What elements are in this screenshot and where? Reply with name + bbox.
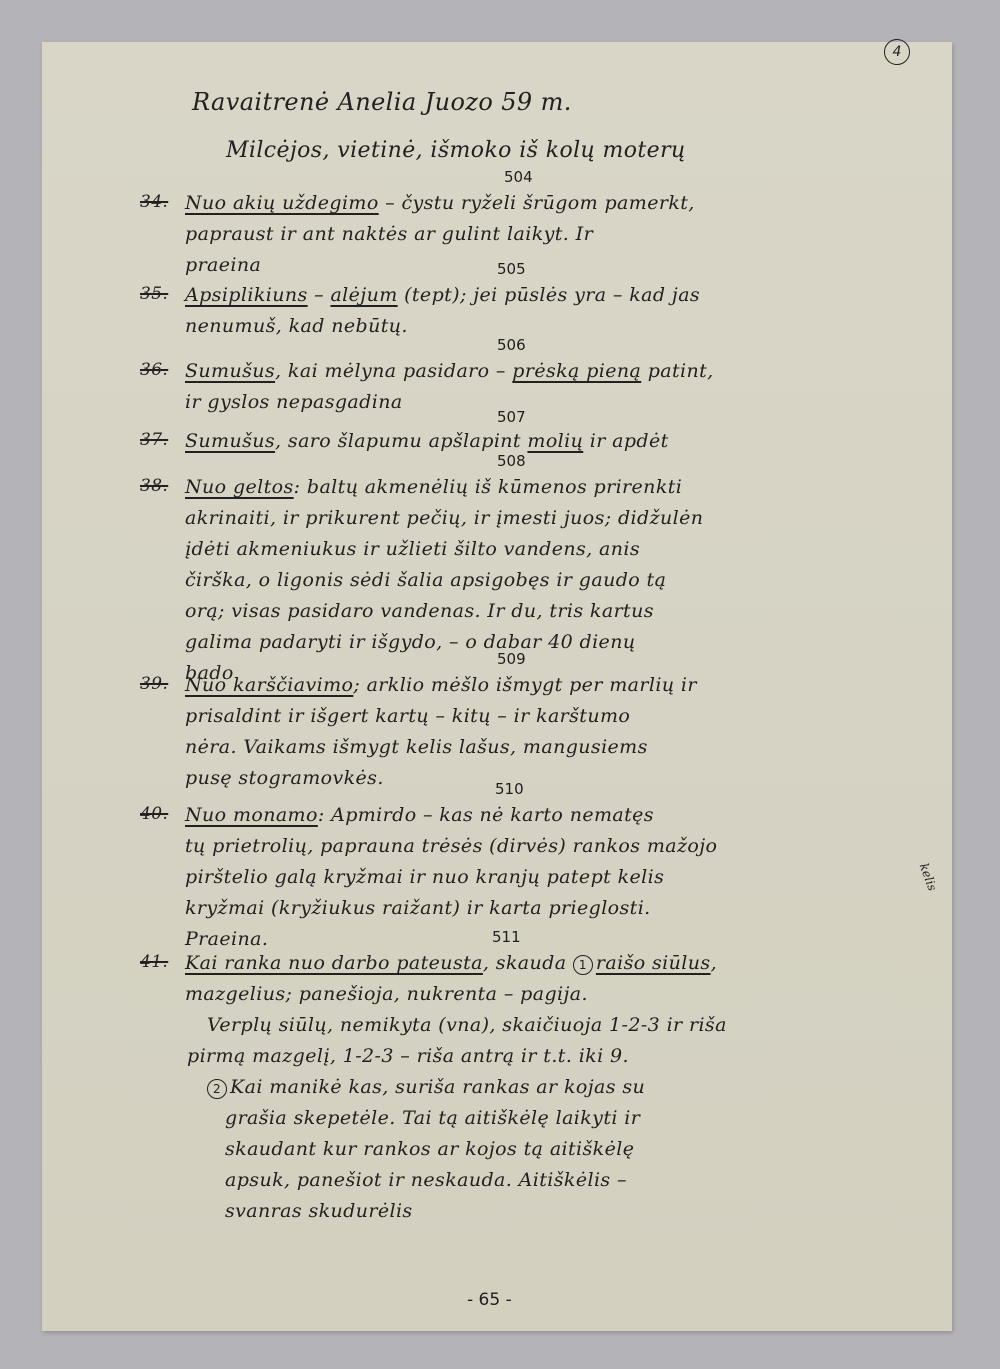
entry-line: Nuo akių uždegimo – čystu ryželi šrūgom … (185, 192, 695, 214)
entry-line: čirška, o ligonis sėdi šalia apsigobęs i… (185, 569, 666, 591)
catalog-number: 510 (495, 780, 524, 798)
entry-line: pusę stogramovkės. (185, 767, 384, 789)
entry-line: Nuo monamo: Apmirdo – kas nė karto nemat… (185, 804, 654, 826)
entry-line: grašia skepetėle. Tai tą aitiškėlę laiky… (225, 1107, 640, 1129)
entry-line: skaudant kur rankos ar kojos tą aitiškėl… (225, 1138, 634, 1160)
entry-line: ir gyslos nepasgadina (185, 391, 403, 413)
entry-line: Praeina. (185, 928, 268, 950)
catalog-number: 507 (497, 408, 526, 426)
underlined-term: Sumušus (185, 430, 275, 452)
entry-index: 37. (140, 430, 168, 450)
entry-line: nėra. Vaikams išmygt kelis lašus, mangus… (185, 736, 648, 758)
catalog-number: 511 (492, 928, 521, 946)
circled-number: 2 (207, 1079, 227, 1099)
circled-number: 1 (573, 955, 593, 975)
entry-line: apsuk, panešiot ir neskauda. Aitiškėlis … (225, 1169, 627, 1191)
catalog-number: 509 (497, 650, 526, 668)
entry-index: 39. (140, 674, 168, 694)
entry-line: Sumušus, saro šlapumu apšlapint molių ir… (185, 430, 669, 452)
underlined-term: Nuo geltos (185, 476, 294, 498)
sheet-number-circle: 4 (884, 39, 910, 65)
underlined-term: molių (527, 430, 583, 452)
entry-line: Nuo geltos: baltų akmenėlių iš kūmenos p… (185, 476, 682, 498)
underlined-term: alėjum (330, 284, 397, 306)
entry-line: Verplų siūlų, nemikyta (vna), skaičiuoja… (207, 1014, 727, 1036)
source-note: Milcėjos, vietinė, išmoko iš kolų moterų (226, 138, 686, 163)
catalog-number: 504 (504, 168, 533, 186)
entry-line: Apsiplikiuns – alėjum (tept); jei pūslės… (185, 284, 700, 306)
entry-line: įdėti akmeniukus ir užlieti šilto vanden… (185, 538, 640, 560)
underlined-term: raišo siūlus (596, 952, 711, 974)
entry-index: 35. (140, 284, 168, 304)
entry-line: Nuo karščiavimo; arklio mėšlo išmygt per… (185, 674, 697, 696)
entry-line: praeina (185, 254, 261, 276)
underlined-term: prėską pieną (512, 360, 641, 382)
underlined-term: Kai ranka nuo darbo pateusta (185, 952, 483, 974)
entry-line: Kai ranka nuo darbo pateusta, skauda 1ra… (185, 952, 717, 975)
catalog-number: 505 (497, 260, 526, 278)
underlined-term: Nuo akių uždegimo (185, 192, 379, 214)
entry-line: prisaldint ir išgert kartų – kitų – ir k… (185, 705, 630, 727)
entry-line: kryžmai (kryžiukus raižant) ir karta pri… (185, 897, 651, 919)
entry-line: akrinaiti, ir prikurent pečių, ir įmesti… (185, 507, 703, 529)
underlined-term: Apsiplikiuns (185, 284, 308, 306)
entry-line: 2Kai manikė kas, suriša rankas ar kojas … (207, 1076, 645, 1099)
catalog-number: 508 (497, 452, 526, 470)
entry-line: Sumušus, kai mėlyna pasidaro – prėską pi… (185, 360, 714, 382)
entry-line: pirštelio galą kryžmai ir nuo kranjų pat… (185, 866, 664, 888)
entry-index: 40. (140, 804, 168, 824)
entry-index: 34. (140, 192, 168, 212)
underlined-term: Nuo karščiavimo (185, 674, 353, 696)
entry-line: papraust ir ant naktės ar gulint laikyt.… (185, 223, 593, 245)
informant-heading: Ravaitrenė Anelia Juozo 59 m. (192, 88, 572, 116)
underlined-term: Nuo monamo (185, 804, 318, 826)
entry-line: nenumuš, kad nebūtų. (185, 315, 408, 337)
entry-index: 36. (140, 360, 168, 380)
entry-line: pirmą mazgelį, 1-2-3 – riša antrą ir t.t… (187, 1045, 629, 1067)
entry-index: 38. (140, 476, 168, 496)
margin-note: kelis (917, 861, 940, 892)
entry-line: svanras skudurėlis (225, 1200, 413, 1222)
catalog-number: 506 (497, 336, 526, 354)
manuscript-page: 4 Ravaitrenė Anelia Juozo 59 m. Milcėjos… (42, 42, 952, 1331)
page-number: - 65 - (467, 1290, 512, 1310)
entry-line: tų prietrolių, paprauna trėsės (dirvės) … (185, 835, 717, 857)
entry-line: galima padaryti ir išgydo, – o dabar 40 … (185, 631, 635, 653)
entry-line: orą; visas pasidaro vandenas. Ir du, tri… (185, 600, 654, 622)
entry-line: mazgelius; panešioja, nukrenta – pagija. (185, 983, 588, 1005)
entry-index: 41. (140, 952, 168, 972)
underlined-term: Sumušus (185, 360, 275, 382)
